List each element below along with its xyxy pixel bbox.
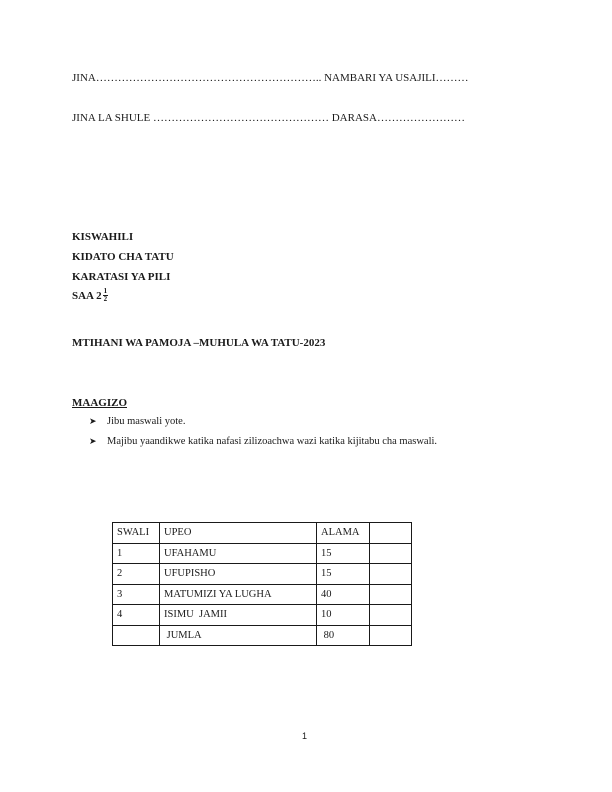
header-cell: UPEO (160, 523, 317, 544)
marks-cell: 15 (317, 564, 370, 585)
table-row: 1 UFAHAMU 15 (113, 543, 412, 564)
registration-blank[interactable]: ……… (436, 72, 469, 84)
instructions-heading: MAAGIZO (72, 397, 127, 409)
score-cell[interactable] (370, 584, 412, 605)
instruction-item: ➤Majibu yaandikwe katika nafasi zilizoac… (89, 436, 437, 447)
question-cell: 3 (113, 584, 160, 605)
section-cell: ISIMU JAMII (160, 605, 317, 626)
marks-table: SWALI UPEO ALAMA 1 UFAHAMU 15 2 UFUPISHO… (112, 522, 412, 646)
exam-title: MTIHANI WA PAMOJA –MUHULA WA TATU-2023 (72, 337, 325, 349)
table-header-row: SWALI UPEO ALAMA (113, 523, 412, 544)
score-cell[interactable] (370, 605, 412, 626)
total-score-cell[interactable] (370, 625, 412, 646)
section-cell: UFUPISHO (160, 564, 317, 585)
form-title: KIDATO CHA TATU (72, 251, 174, 263)
marks-cell: 40 (317, 584, 370, 605)
subject-title: KISWAHILI (72, 231, 133, 243)
score-cell[interactable] (370, 564, 412, 585)
marks-cell: 10 (317, 605, 370, 626)
page-number: 1 (302, 731, 307, 741)
arrow-bullet-icon: ➤ (89, 416, 107, 427)
class-label: DARASA (332, 112, 377, 124)
registration-label: NAMBARI YA USAJILI (321, 72, 435, 84)
header-cell: SWALI (113, 523, 160, 544)
time-label: SAA 2 (72, 290, 102, 302)
question-cell (113, 625, 160, 646)
header-cell (370, 523, 412, 544)
time-allowed: SAA 212 (72, 289, 108, 304)
marks-cell: 15 (317, 543, 370, 564)
school-blank[interactable]: ………………………………………… (153, 112, 332, 124)
time-fraction: 12 (103, 288, 109, 303)
section-cell: MATUMIZI YA LUGHA (160, 584, 317, 605)
instruction-item: ➤Jibu maswali yote. (89, 416, 185, 427)
total-marks-cell: 80 (317, 625, 370, 646)
name-label: JINA (72, 72, 96, 84)
score-cell[interactable] (370, 543, 412, 564)
total-label-cell: JUMLA (160, 625, 317, 646)
school-label: JINA LA SHULE (72, 112, 153, 124)
paper-title: KARATASI YA PILI (72, 271, 170, 283)
table-row: 4 ISIMU JAMII 10 (113, 605, 412, 626)
class-blank[interactable]: …………………… (377, 112, 465, 124)
name-registration-line: JINA…………………………………………………….. NAMBARI YA US… (72, 72, 469, 84)
table-total-row: JUMLA 80 (113, 625, 412, 646)
table-row: 2 UFUPISHO 15 (113, 564, 412, 585)
question-cell: 1 (113, 543, 160, 564)
question-cell: 4 (113, 605, 160, 626)
table-row: 3 MATUMIZI YA LUGHA 40 (113, 584, 412, 605)
question-cell: 2 (113, 564, 160, 585)
arrow-bullet-icon: ➤ (89, 436, 107, 447)
section-cell: UFAHAMU (160, 543, 317, 564)
name-blank[interactable]: …………………………………………………….. (96, 72, 322, 84)
header-cell: ALAMA (317, 523, 370, 544)
school-class-line: JINA LA SHULE ………………………………………… DARASA………… (72, 112, 465, 124)
